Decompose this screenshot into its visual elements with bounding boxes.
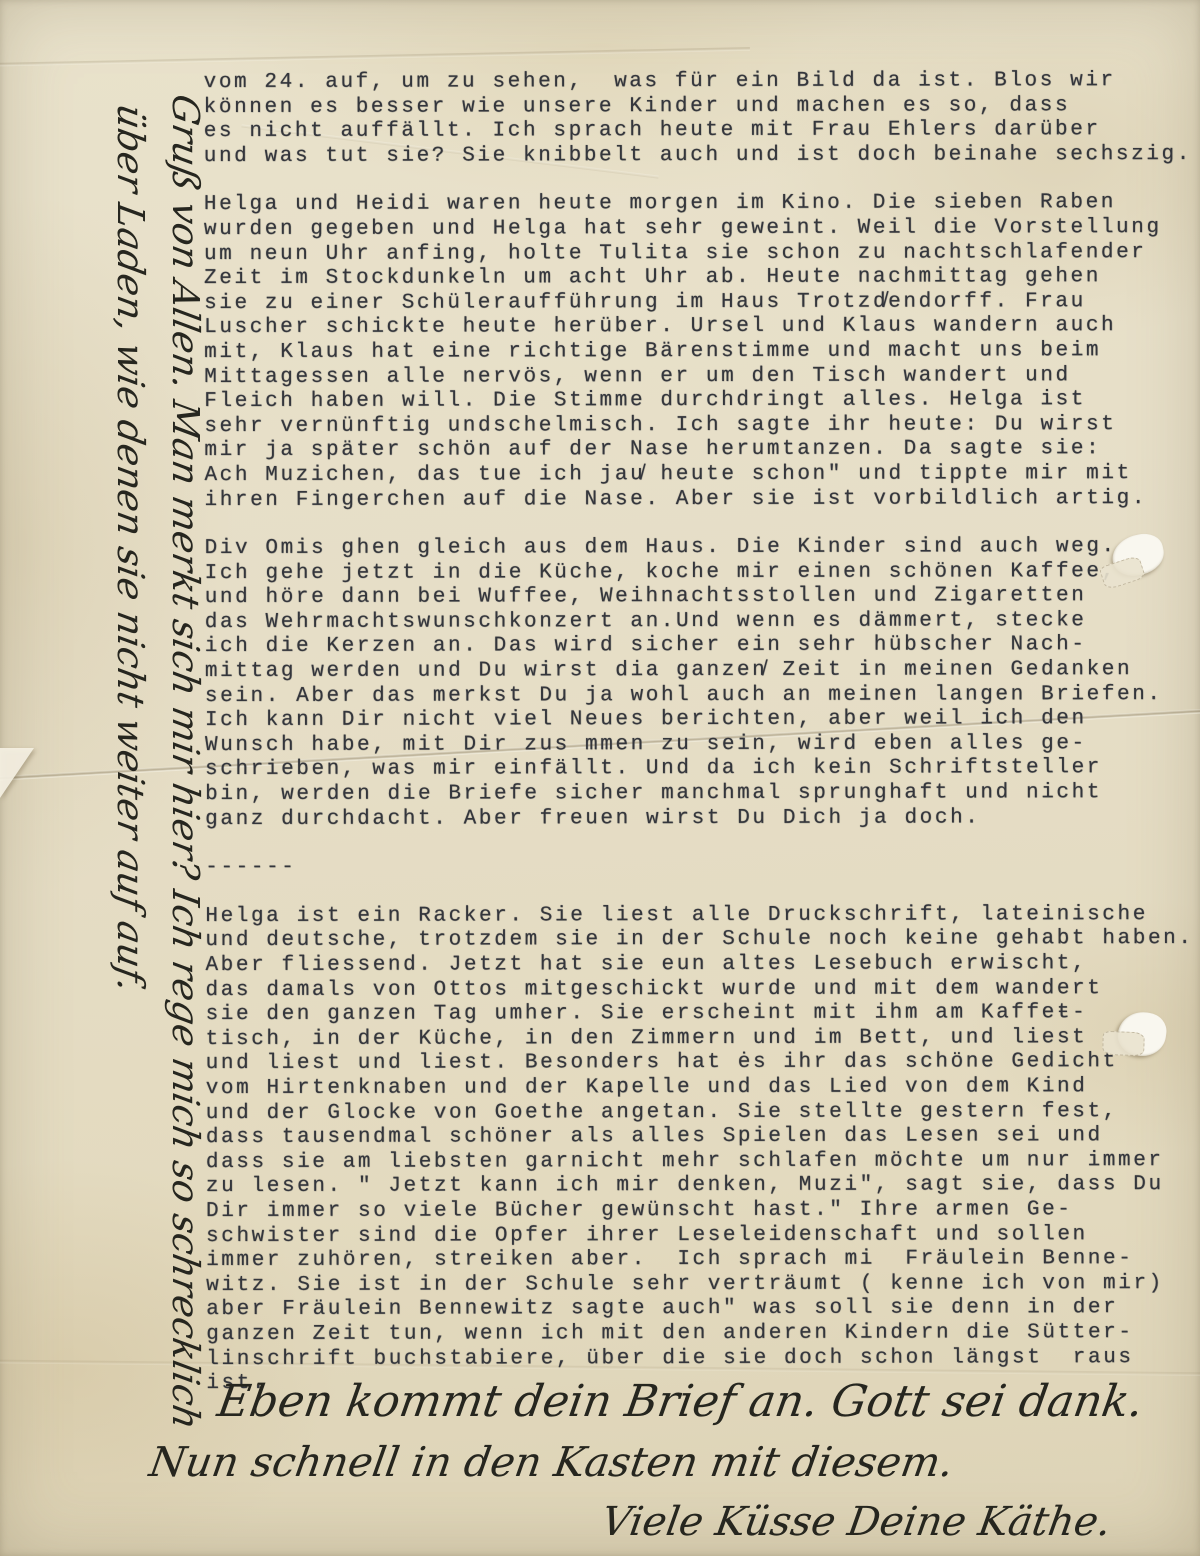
typed-paragraph: Div Omis ghen gleich aus dem Haus. Die K… (205, 535, 1200, 832)
typed-line: und was tut sie? Sie knibbelt auch und i… (204, 143, 1200, 170)
typed-line: Div Omis ghen gleich aus dem Haus. Die K… (205, 535, 1200, 562)
typed-line: zu lesen. " Jetzt kann ich mir denken, M… (206, 1173, 1200, 1200)
handwritten-line: über Laden, wie denen sie nicht weiter a… (103, 90, 158, 1355)
typed-paragraph: Helga ist ein Racker. Sie liest alle Dru… (205, 903, 1200, 1397)
typed-line: schrieben, was mir einfällt. Und da ich … (205, 756, 1200, 783)
typed-paragraph: Helga und Heidi waren heute morgen im Ki… (204, 191, 1200, 513)
typed-line: ganz durchdacht. Aber freuen wirst Du Di… (205, 806, 1200, 833)
typed-paragraph: ------ (205, 854, 1200, 881)
typed-line: sehr vernünftig undschelmisch. Ich sagte… (204, 413, 1200, 440)
typed-line: Aber fliessend. Jetzt hat sie eun altes … (205, 952, 1200, 979)
typed-line: tisch, in der Küche, in den Zimmern und … (206, 1026, 1200, 1053)
typed-line: schwister sind die Opfer ihrer Leseleide… (206, 1222, 1200, 1249)
typed-line: Luscher schickte heute herüber. Ursel un… (204, 314, 1200, 341)
typed-line: Zeit im Stockdunkeln um acht Uhr ab. Heu… (204, 265, 1200, 292)
typed-line: das Wehrmachtswunschkonzert an.Und wenn … (205, 609, 1200, 636)
typed-line: ich die Kerzen an. Das wird sicher ein s… (205, 633, 1200, 660)
letter-page: Gruß von Allen. Man merkt sich mir hier?… (0, 0, 1200, 1556)
typed-line: Ach Muzichen, das tue ich jau̸ heute sch… (204, 462, 1200, 489)
dog-ear-fold (0, 748, 34, 798)
typed-line: und höre dann bei Wuffee, Weihnachtsstol… (205, 584, 1200, 611)
typed-line: mit, Klaus hat eine richtige Bärenstimme… (204, 339, 1200, 366)
typed-line: Mittagessen alle nervös, wenn er um den … (204, 363, 1200, 390)
typed-line: wurden gegeben und Helga hat sehr gewein… (204, 216, 1200, 243)
closing-handwriting: Eben kommt dein Brief an. Gott sei dank.… (150, 1372, 1170, 1552)
typed-line: Helga ist ein Racker. Sie liest alle Dru… (205, 903, 1200, 930)
typed-line: witz. Sie ist in der Schule sehr verträu… (206, 1272, 1200, 1299)
typed-line: Ich gehe jetzt in die Küche, koche mir e… (205, 560, 1200, 587)
typed-line: Fleich haben will. Die Stimme durchdring… (204, 388, 1200, 415)
typed-line: Helga und Heidi waren heute morgen im Ki… (204, 191, 1200, 218)
fold-crease-top (0, 47, 750, 67)
typed-line: und liest und liest. Besonders hat ės ih… (206, 1050, 1200, 1077)
typed-line: ------ (205, 854, 1200, 881)
typed-line: mir ja später schön auf der Nase herumta… (204, 437, 1200, 464)
typed-line: Ich kann Dir nicht viel Neues berichten,… (205, 707, 1200, 734)
typed-letter-body: vom 24. auf, um zu sehen, was für ein Bi… (204, 69, 1200, 1421)
typed-line: vom Hirtenknaben und der Kapelle und das… (206, 1075, 1200, 1102)
typed-line: sie den ganzen Tag umher. Sie erscheint … (206, 1001, 1200, 1028)
typed-line: das damals von Ottos mitgeschickt wurde … (205, 977, 1200, 1004)
typed-line: dass sie am liebsten garnicht mehr schla… (206, 1149, 1200, 1176)
typed-paragraph: vom 24. auf, um zu sehen, was für ein Bi… (204, 69, 1200, 169)
typed-line: vom 24. auf, um zu sehen, was für ein Bi… (204, 69, 1200, 96)
handwritten-line: Eben kommt dein Brief an. Gott sei dank. (213, 1372, 1175, 1432)
typed-line: ganzen Zeit tun, wenn ich mit den andere… (206, 1321, 1200, 1348)
typed-line: und der Glocke von Goethe angetan. Sie s… (206, 1100, 1200, 1127)
typed-line: linschrift buchstabiere, über die sie do… (206, 1345, 1200, 1372)
typed-line: mittag werden und Du wirst dia ganzen̸ Z… (205, 658, 1200, 685)
typed-line: ihren Fingerchen auf die Nase. Aber sie … (204, 486, 1200, 513)
margin-handwriting: Gruß von Allen. Man merkt sich mir hier?… (97, 95, 213, 1350)
typed-line: aber Fräulein Bennewitz sagte auch" was … (206, 1296, 1200, 1323)
handwritten-line: Viele Küsse Deine Käthe. (597, 1492, 1175, 1552)
typed-line: können es besser wie unsere Kinder und m… (204, 94, 1200, 121)
typed-line: dass tausendmal schöner als alles Spiele… (206, 1124, 1200, 1151)
handwritten-line: Nun schnell in den Kasten mit diesem. (145, 1432, 1175, 1492)
typed-line: bin, werden die Briefe sicher manchmal s… (205, 781, 1200, 808)
typed-line: um neun Uhr anfing, holte Tulita sie sch… (204, 241, 1200, 268)
typed-line: Dir immer so viele Bücher gewünscht hast… (206, 1198, 1200, 1225)
typed-line: und deutsche, trotzdem sie in der Schule… (205, 927, 1200, 954)
typed-line: immer zuhören, streiken aber. Ich sprach… (206, 1247, 1200, 1274)
typed-line: Wunsch habe, mit Dir zus mmen zu sein, w… (205, 732, 1200, 759)
typed-line: es nicht auffällt. Ich sprach heute mit … (204, 118, 1200, 145)
typed-line: sie zu einer Schüleraufführung im Haus T… (204, 290, 1200, 317)
typed-line: sein. Aber das merkst Du ja wohl auch an… (205, 683, 1200, 710)
